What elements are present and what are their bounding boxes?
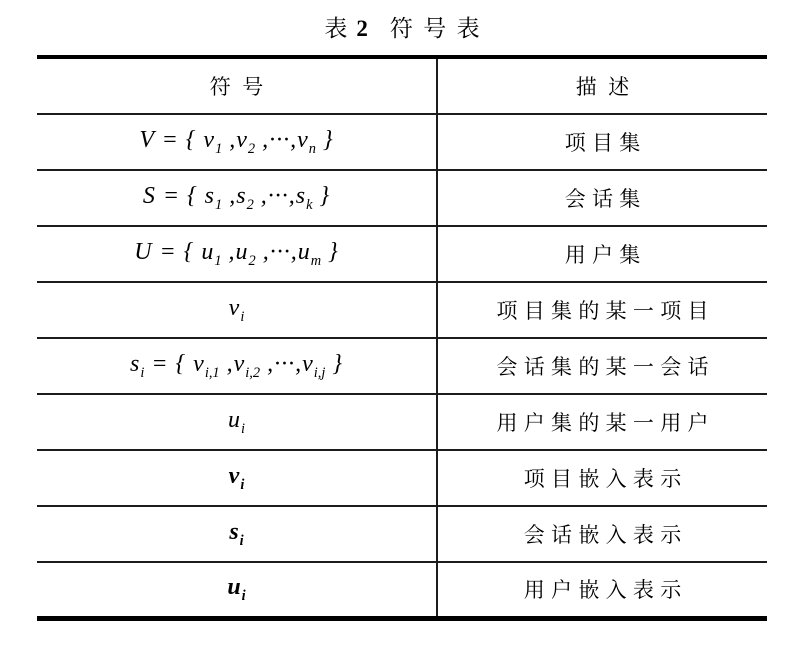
description-cell: 项目集的某一项目 (437, 282, 767, 338)
description-cell: 会话集的某一会话 (437, 338, 767, 394)
table-row: si = { vi,1 ,vi,2 ,···,vi,j }会话集的某一会话 (37, 338, 767, 394)
symbol-table-body: V = { v1 ,v2 ,···,vn }项目集S = { s1 ,s2 ,·… (37, 114, 767, 618)
table-caption-label: 表 (324, 16, 349, 41)
header-row: 符号 描述 (37, 57, 767, 114)
table-row: V = { v1 ,v2 ,···,vn }项目集 (37, 114, 767, 170)
description-cell: 会话集 (437, 170, 767, 226)
table-caption: 表2符号表 (37, 13, 767, 55)
symbol-cell: S = { s1 ,s2 ,···,sk } (37, 170, 437, 226)
symbol-cell: vi (37, 450, 437, 506)
table-row: S = { s1 ,s2 ,···,sk }会话集 (37, 170, 767, 226)
description-cell: 用户集 (437, 226, 767, 282)
table-caption-name: 符号表 (390, 16, 490, 41)
description-cell: 项目集 (437, 114, 767, 170)
description-cell: 用户嵌入表示 (437, 562, 767, 618)
table-row: vi项目嵌入表示 (37, 450, 767, 506)
description-cell: 用户集的某一用户 (437, 394, 767, 450)
table-row: U = { u1 ,u2 ,···,um }用户集 (37, 226, 767, 282)
symbol-cell: si (37, 506, 437, 562)
symbol-table: 符号 描述 V = { v1 ,v2 ,···,vn }项目集S = { s1 … (37, 55, 767, 621)
table-row: ui用户嵌入表示 (37, 562, 767, 618)
symbol-cell: ui (37, 394, 437, 450)
header-symbol: 符号 (37, 57, 437, 114)
symbol-cell: V = { v1 ,v2 ,···,vn } (37, 114, 437, 170)
description-cell: 会话嵌入表示 (437, 506, 767, 562)
description-cell: 项目嵌入表示 (437, 450, 767, 506)
symbol-table-header: 符号 描述 (37, 57, 767, 114)
header-description: 描述 (437, 57, 767, 114)
symbol-cell: vi (37, 282, 437, 338)
table-caption-number: 2 (356, 16, 368, 41)
table-row: ui用户集的某一用户 (37, 394, 767, 450)
table-row: vi项目集的某一项目 (37, 282, 767, 338)
symbol-cell: ui (37, 562, 437, 618)
paper-page: 表2符号表 符号 描述 V = { v1 ,v2 ,···,vn }项目集S =… (0, 0, 795, 654)
symbol-cell: U = { u1 ,u2 ,···,um } (37, 226, 437, 282)
table-row: si会话嵌入表示 (37, 506, 767, 562)
symbol-cell: si = { vi,1 ,vi,2 ,···,vi,j } (37, 338, 437, 394)
